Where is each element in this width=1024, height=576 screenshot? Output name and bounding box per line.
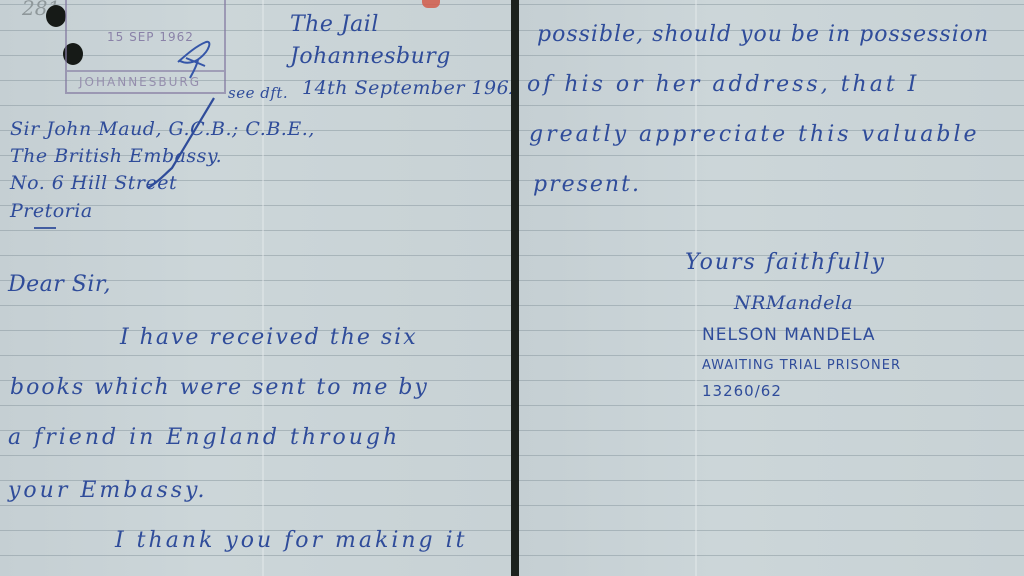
- body-line-2: books which were sent to me by: [10, 375, 429, 400]
- recipient-street: No. 6 Hill Street: [10, 172, 177, 194]
- letter-page-right: possible, should you be in possession of…: [519, 0, 1024, 576]
- letter-date: 14th September 1962: [302, 77, 511, 99]
- page-gutter: [511, 0, 519, 576]
- printed-name: NELSON MANDELA: [702, 325, 876, 345]
- body-line-6: possible, should you be in possession: [537, 22, 989, 47]
- body-line-3: a friend in England through: [8, 425, 400, 450]
- body-line-4: your Embassy.: [8, 478, 208, 503]
- sender-address-line1: The Jail: [290, 12, 379, 37]
- recipient-city: Pretoria: [10, 200, 93, 222]
- body-line-8: greatly appreciate this valuable: [529, 122, 980, 147]
- letter-page-left: 281 15 SEP 1962 JOHANNESBURG see dft. Th…: [0, 0, 511, 576]
- body-line-7: of his or her address, that I: [527, 72, 919, 97]
- salutation: Dear Sir,: [8, 272, 111, 297]
- body-line-9: present.: [533, 172, 641, 197]
- prisoner-number: 13260/62: [702, 382, 782, 400]
- prisoner-status: AWAITING TRIAL PRISONER: [702, 358, 901, 373]
- signature: NRMandela: [734, 292, 853, 314]
- closing: Yours faithfully: [685, 250, 886, 275]
- body-line-5: I thank you for making it: [115, 528, 468, 553]
- body-line-1: I have received the six: [120, 325, 418, 350]
- sender-address-line2: Johannesburg: [290, 44, 451, 69]
- recipient-organization: The British Embassy.: [10, 145, 222, 167]
- recipient-name: Sir John Maud, G.C.B.; C.B.E.,: [10, 118, 315, 140]
- see-draft-annotation: see dft.: [228, 84, 288, 102]
